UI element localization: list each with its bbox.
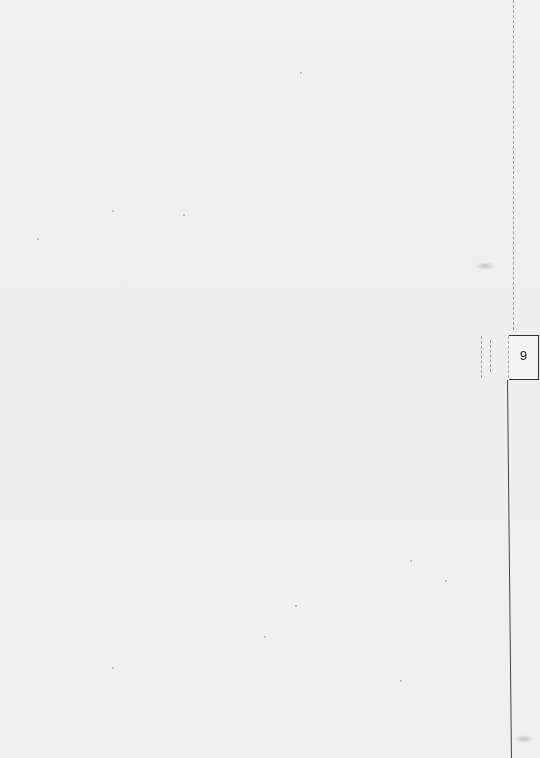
scanned-page: 9 (0, 0, 540, 758)
scan-speck (183, 214, 185, 216)
scan-smudge (513, 735, 535, 743)
scan-speck (264, 636, 266, 638)
scan-speck (445, 580, 447, 582)
scan-speck (400, 680, 402, 682)
divider-tab: 9 (509, 335, 539, 380)
tab-shadow-outline (481, 336, 509, 378)
tab-shadow-line (490, 340, 491, 372)
scan-smudge (474, 262, 496, 270)
scan-speck (410, 560, 412, 562)
scan-speck (295, 605, 297, 607)
scan-speck (112, 210, 114, 212)
scan-speck (112, 667, 114, 669)
scan-speck (37, 238, 39, 240)
page-edge-solid-line (507, 380, 512, 758)
scan-speck (300, 72, 302, 74)
page-edge-dashed-line (513, 0, 514, 330)
tab-number-label: 9 (509, 348, 538, 363)
